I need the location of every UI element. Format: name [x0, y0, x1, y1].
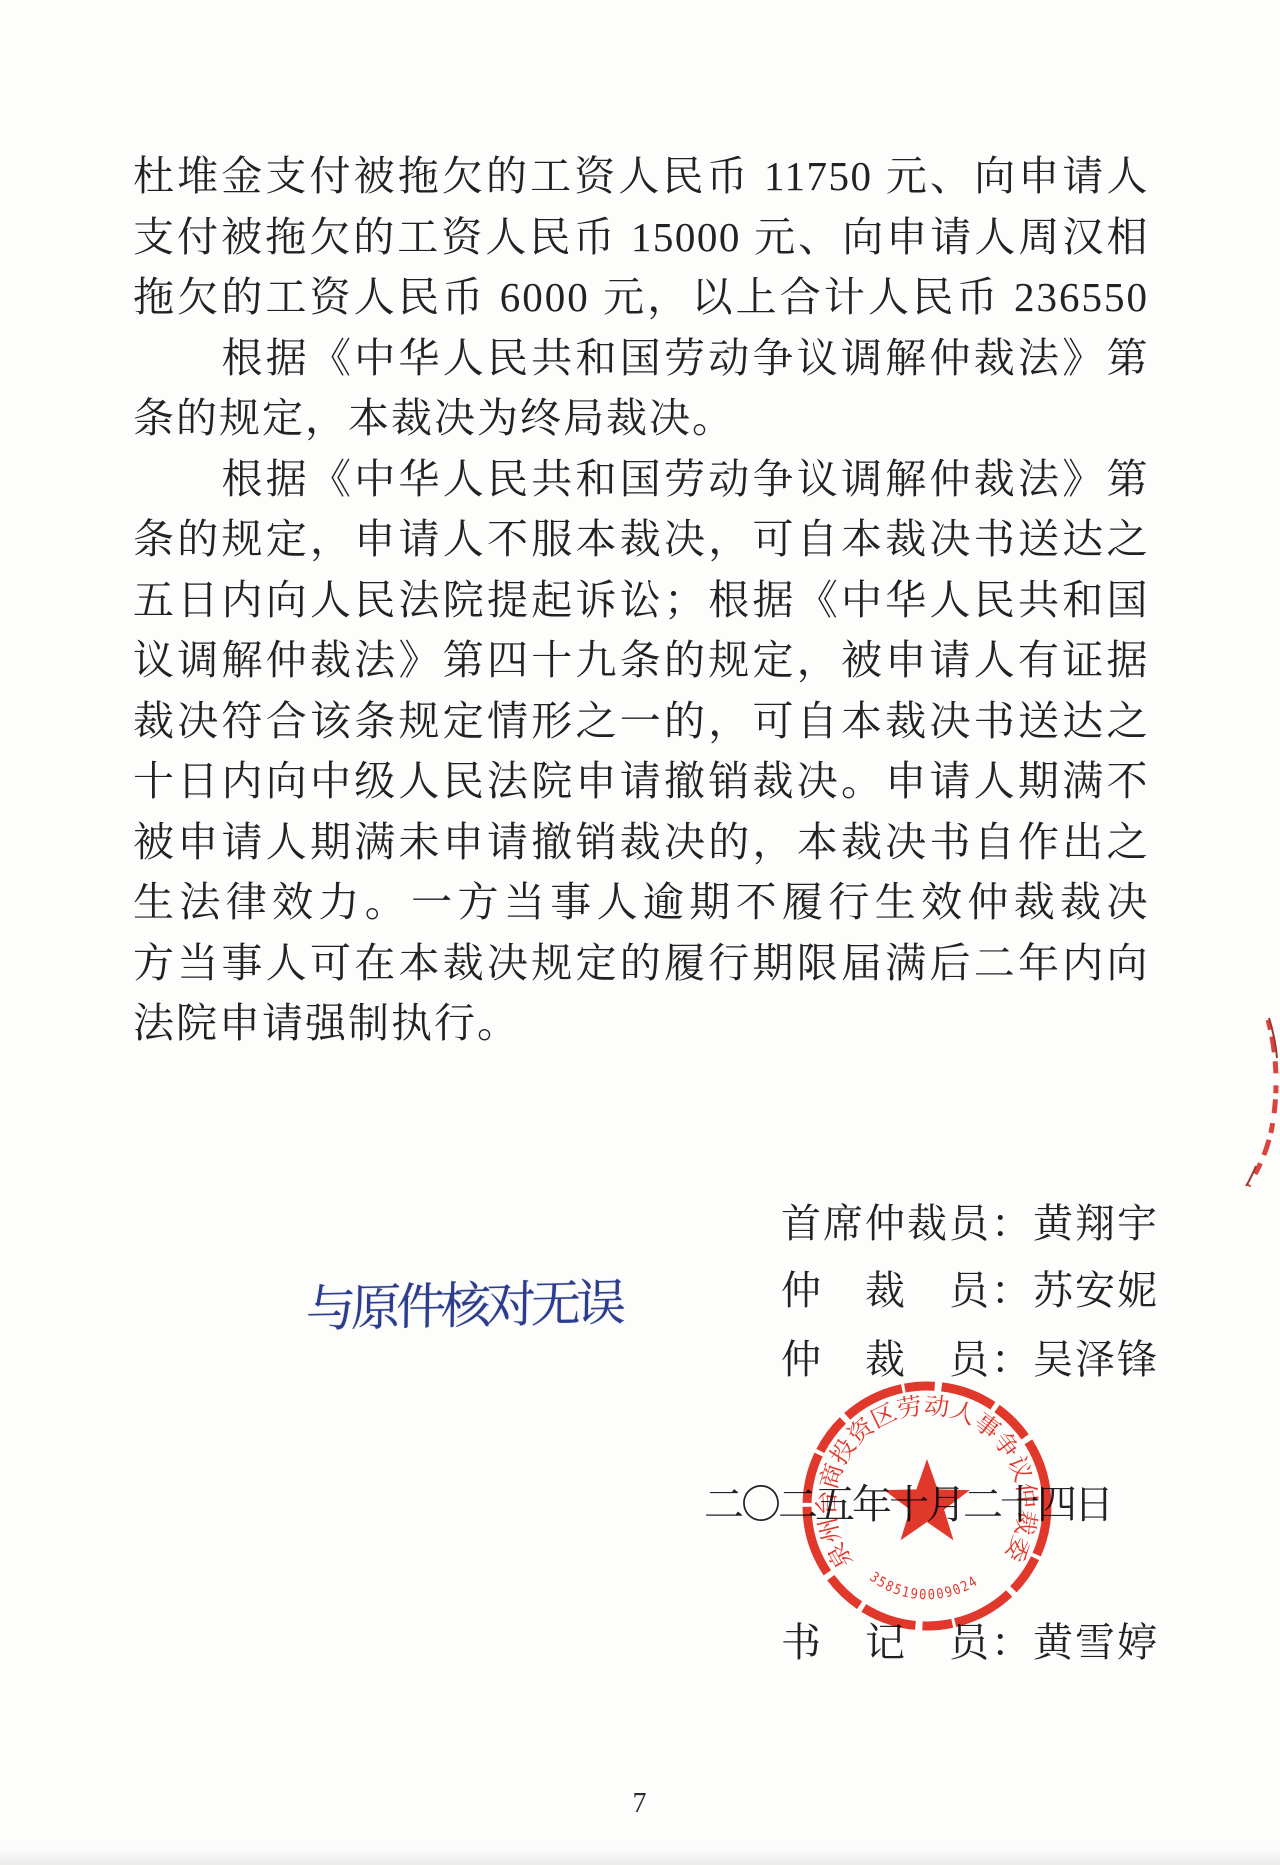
body-line: 根据《中华人民共和国劳动争议调解仲裁法》第四十八	[133, 449, 1149, 510]
body-line: 五日内向人民法院提起诉讼；根据《中华人民共和国劳动争	[133, 570, 1149, 631]
partial-seal-edge-artifact	[1244, 1016, 1280, 1188]
body-line: 条的规定，申请人不服本裁决，可自本裁决书送达之日起十	[133, 509, 1149, 570]
body-line: 方当事人可在本裁决规定的履行期限届满后二年内向人民	[133, 933, 1149, 994]
verification-stamp-text: 与原件核对无误	[306, 1275, 622, 1338]
body-line: 法院申请强制执行。	[133, 993, 1149, 1054]
body-line: 裁决符合该条规定情形之一的，可自本裁决书送达之日起三	[133, 691, 1149, 752]
arbitrator-signature: 仲 裁 员：苏安妮	[781, 1267, 1159, 1315]
body-line: 拖欠的工资人民币 6000 元，以上合计人民币 236550 元。	[133, 267, 1149, 328]
arbitration-ruling-page: 杜堆金支付被拖欠的工资人民币 11750 元、向申请人吴德标 支付被拖欠的工资人…	[0, 0, 1280, 1865]
body-line: 十日内向中级人民法院申请撤销裁决。申请人期满不起诉，	[133, 751, 1149, 812]
chief-arbitrator-signature: 首席仲裁员：黄翔宇	[781, 1200, 1159, 1248]
body-line: 被申请人期满未申请撤销裁决的，本裁决书自作出之日起发	[133, 812, 1149, 873]
page-number: 7	[0, 1788, 1280, 1820]
body-line: 杜堆金支付被拖欠的工资人民币 11750 元、向申请人吴德标	[133, 146, 1149, 207]
body-line: 生法律效力。一方当事人逾期不履行生效仲裁裁决的，另一	[133, 872, 1149, 933]
body-line: 议调解仲裁法》第四十九条的规定，被申请人有证据证明本	[133, 630, 1149, 691]
seal-star-icon	[884, 1459, 970, 1540]
body-line: 条的规定，本裁决为终局裁决。	[133, 388, 1149, 449]
body-line: 支付被拖欠的工资人民币 15000 元、向申请人周汉相支付被	[133, 207, 1149, 268]
seal-serial-number: 3585190009024	[867, 1569, 982, 1603]
ruling-body-text: 杜堆金支付被拖欠的工资人民币 11750 元、向申请人吴德标 支付被拖欠的工资人…	[133, 146, 1149, 1054]
official-seal-stamp: 泉州台商投资区劳动人事争议仲裁委员会 3585190009024	[777, 1356, 1077, 1656]
body-line: 根据《中华人民共和国劳动争议调解仲裁法》第四十七	[133, 328, 1149, 389]
